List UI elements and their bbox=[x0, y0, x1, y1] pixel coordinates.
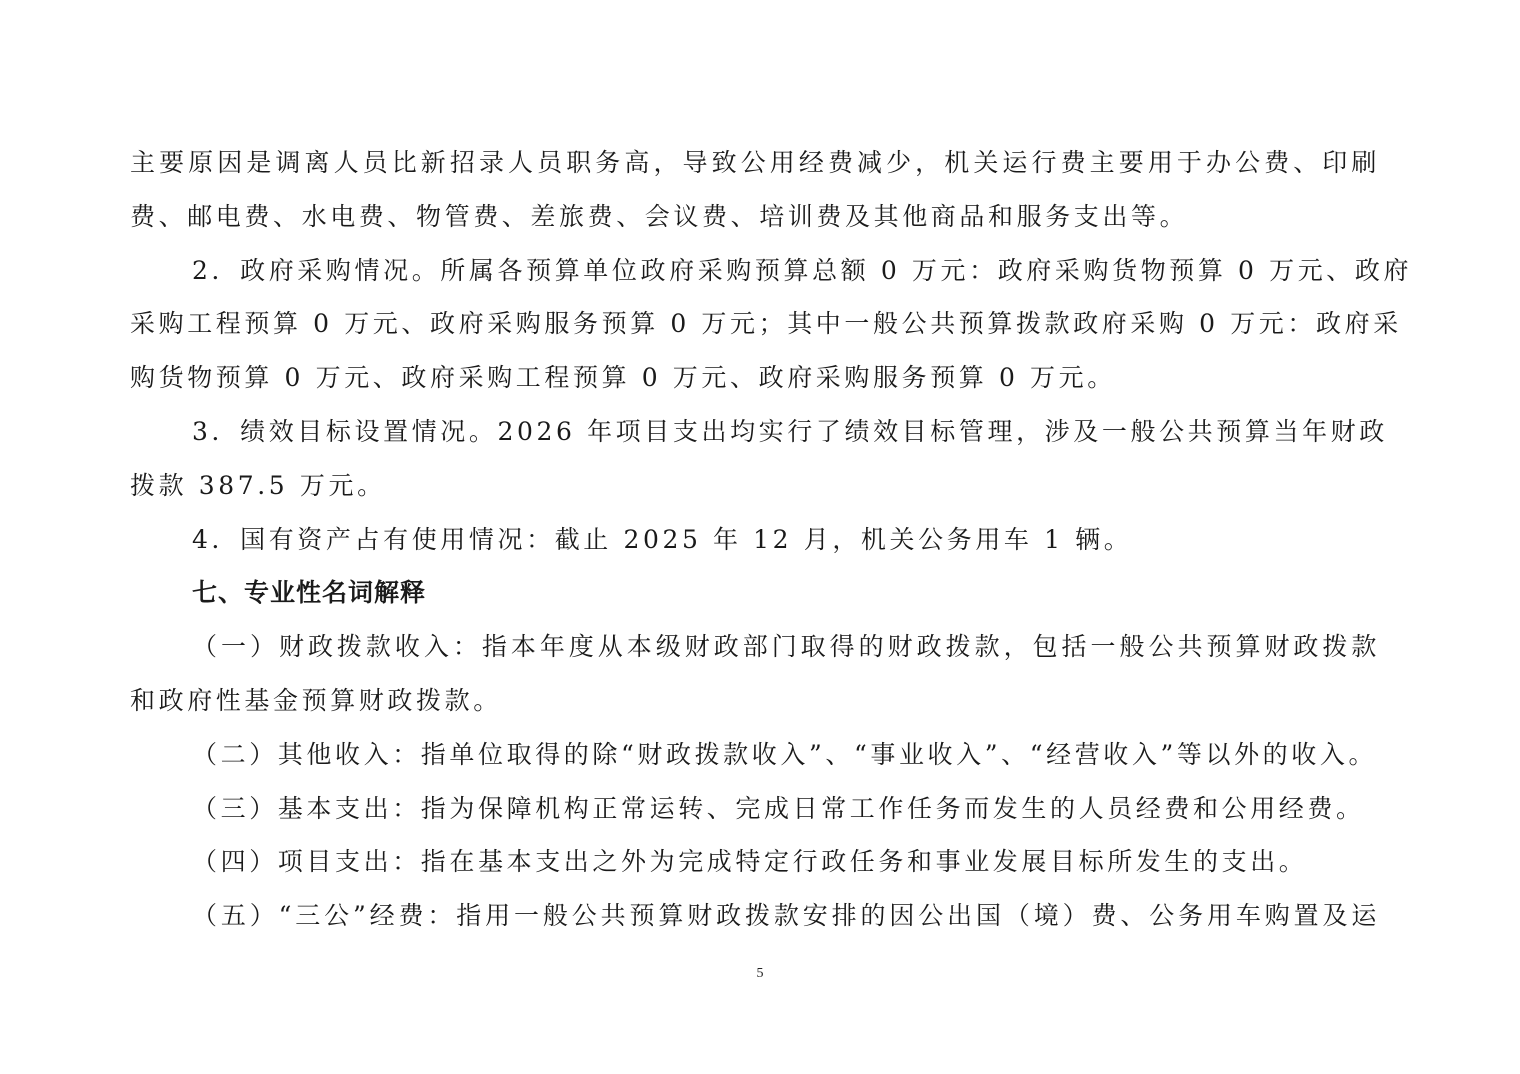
paragraph-line: 购货物预算 0 万元、政府采购工程预算 0 万元、政府采购服务预算 0 万元。 bbox=[130, 351, 1380, 405]
page-number: 5 bbox=[0, 966, 1520, 982]
paragraph-line: 费、邮电费、水电费、物管费、差旅费、会议费、培训费及其他商品和服务支出等。 bbox=[130, 190, 1380, 244]
paragraph-line: 3．绩效目标设置情况。2026 年项目支出均实行了绩效目标管理，涉及一般公共预算… bbox=[130, 405, 1380, 459]
paragraph-line: 和政府性基金预算财政拨款。 bbox=[130, 674, 1380, 728]
paragraph-line: 拨款 387.5 万元。 bbox=[130, 459, 1380, 513]
paragraph-line: （二）其他收入：指单位取得的除“财政拨款收入”、“事业收入”、“经营收入”等以外… bbox=[130, 728, 1380, 782]
paragraph-line: （五）“三公”经费：指用一般公共预算财政拨款安排的因公出国（境）费、公务用车购置… bbox=[130, 889, 1380, 943]
paragraph-line: 2．政府采购情况。所属各预算单位政府采购预算总额 0 万元：政府采购货物预算 0… bbox=[130, 244, 1380, 298]
paragraph-line: 采购工程预算 0 万元、政府采购服务预算 0 万元；其中一般公共预算拨款政府采购… bbox=[130, 297, 1380, 351]
paragraph-line: （三）基本支出：指为保障机构正常运转、完成日常工作任务而发生的人员经费和公用经费… bbox=[130, 782, 1380, 836]
paragraph-line: 主要原因是调离人员比新招录人员职务高，导致公用经费减少，机关运行费主要用于办公费… bbox=[130, 136, 1380, 190]
section-heading: 七、专业性名词解释 bbox=[130, 566, 1380, 620]
paragraph-line: （一）财政拨款收入：指本年度从本级财政部门取得的财政拨款，包括一般公共预算财政拨… bbox=[130, 620, 1380, 674]
document-body: 主要原因是调离人员比新招录人员职务高，导致公用经费减少，机关运行费主要用于办公费… bbox=[130, 136, 1380, 943]
paragraph-line: 4．国有资产占有使用情况：截止 2025 年 12 月，机关公务用车 1 辆。 bbox=[130, 513, 1380, 567]
paragraph-line: （四）项目支出：指在基本支出之外为完成特定行政任务和事业发展目标所发生的支出。 bbox=[130, 835, 1380, 889]
document-page: 主要原因是调离人员比新招录人员职务高，导致公用经费减少，机关运行费主要用于办公费… bbox=[0, 0, 1520, 1074]
